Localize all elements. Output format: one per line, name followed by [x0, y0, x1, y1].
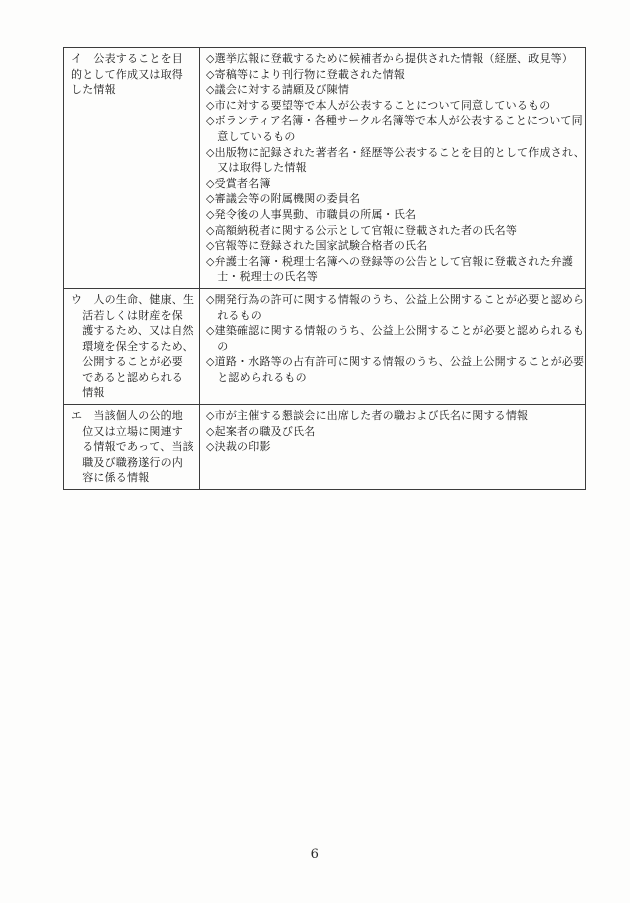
scanned-document-page: イ 公表することを目 的として作成又は取得 した情報 ◇選挙広報に登載するために… [0, 0, 630, 903]
items-cell-i: ◇選挙広報に登載するために候補者から提供された情報（経歴、政見等） ◇寄稿等によ… [200, 48, 586, 289]
items-cell-e: ◇市が主催する懇談会に出席した者の職および氏名に関する情報 ◇起案者の職及び氏名… [200, 405, 586, 490]
category-cell-u: ウ 人の生命、健康、生 活若しくは財産を保 護するため、又は自然 環境を保全する… [64, 288, 200, 404]
table-row-u: ウ 人の生命、健康、生 活若しくは財産を保 護するため、又は自然 環境を保全する… [64, 288, 586, 404]
category-cell-e: エ 当該個人の公的地 位又は立場に関連す る情報であって、当該 職及び職務遂行の… [64, 405, 200, 490]
category-cell-i: イ 公表することを目 的として作成又は取得 した情報 [64, 48, 200, 289]
page-number: 6 [0, 847, 630, 862]
items-cell-u: ◇開発行為の許可に関する情報のうち、公益上公開することが必要と認めら れるもの … [200, 288, 586, 404]
personal-info-disclosure-table: イ 公表することを目 的として作成又は取得 した情報 ◇選挙広報に登載するために… [63, 47, 586, 490]
table-row-i: イ 公表することを目 的として作成又は取得 した情報 ◇選挙広報に登載するために… [64, 48, 586, 289]
table-row-e: エ 当該個人の公的地 位又は立場に関連す る情報であって、当該 職及び職務遂行の… [64, 405, 586, 490]
